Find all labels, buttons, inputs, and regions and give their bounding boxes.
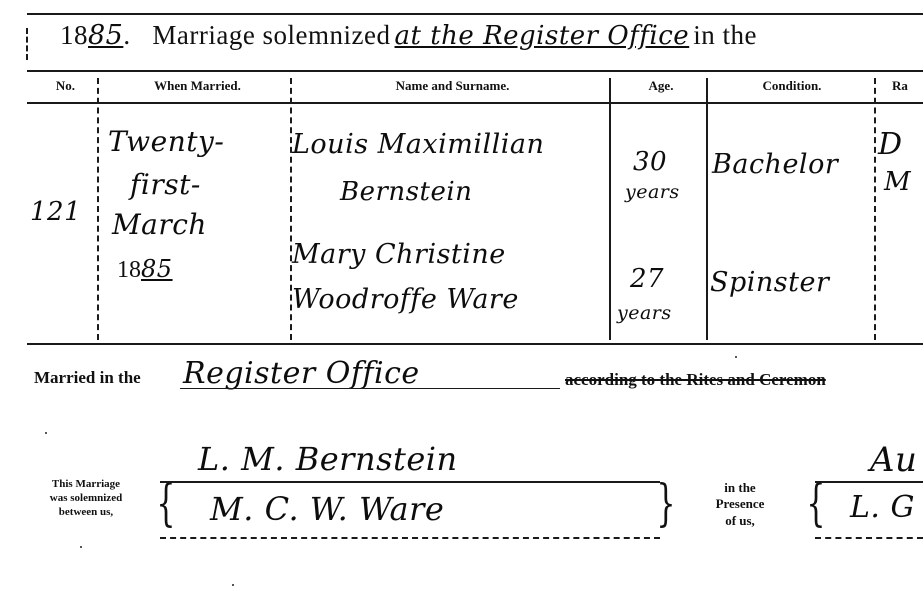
groom-condition: Bachelor (712, 150, 838, 180)
column-header-condition: Condition. (712, 78, 872, 94)
groom-signature-line (160, 481, 660, 483)
solemnized-between-label: This Marriage was solemnized between us, (24, 478, 148, 519)
groom-name-line1: Louis Maximillian (292, 130, 544, 160)
when-married-line3: March (112, 210, 207, 241)
struck-rites-text: according to the Rites and Ceremon (565, 370, 826, 390)
column-divider-3 (609, 78, 612, 340)
when-married-year-prefix: 18 (117, 257, 141, 283)
column-header-no: No. (38, 78, 93, 94)
year-suffix: . (123, 20, 130, 50)
bride-name-line2: Woodroffe Ware (292, 285, 519, 315)
left-margin-line (26, 28, 29, 60)
column-header-age: Age. (612, 78, 710, 94)
title-printed: Marriage solemnized (152, 20, 390, 50)
married-in-label: Married in the (34, 368, 141, 388)
scan-speck (735, 356, 737, 358)
entry-number: 121 (30, 198, 81, 227)
groom-signature: L. M. Bernstein (198, 440, 458, 478)
groom-name-line2: Bernstein (340, 178, 472, 207)
scan-speck (232, 584, 234, 586)
year-prefix: 18 (60, 20, 88, 50)
witness2-signature-line (815, 537, 923, 539)
when-married-year: 1885 (117, 256, 173, 283)
register-title: 1885. Marriage solemnizedat the Register… (60, 20, 757, 51)
solemnized-label-line2: was solemnized (24, 492, 148, 506)
title-place-handwritten: at the Register Office (391, 21, 694, 51)
column-divider-5 (874, 78, 877, 340)
when-married-line1: Twenty- (108, 127, 224, 158)
column-header-underline (27, 102, 923, 104)
column-divider-1 (97, 78, 100, 340)
top-border-line (27, 13, 923, 15)
presence-label-line3: of us, (690, 513, 790, 529)
bride-name-line1: Mary Christine (292, 240, 506, 270)
column-header-rank: Ra (892, 78, 923, 94)
witness2-signature-partial: L. G (850, 490, 915, 525)
married-in-place: Register Office (183, 356, 420, 391)
presence-label-line2: Presence (690, 496, 790, 512)
entry-bottom-line (27, 343, 923, 345)
when-married-year-hand: 85 (141, 255, 173, 283)
left-brace-open: { (156, 478, 175, 528)
solemnized-label-line1: This Marriage (24, 478, 148, 492)
year-handwritten: 85 (88, 20, 123, 51)
title-continuation: in the (693, 20, 757, 50)
scan-speck (45, 432, 47, 434)
married-in-underline (180, 388, 560, 389)
column-header-name: Name and Surname. (295, 78, 610, 94)
bride-condition: Spinster (710, 268, 829, 298)
bride-signature-line (160, 537, 660, 539)
groom-rank-partial-1: D (878, 128, 903, 161)
left-brace-close: } (656, 478, 675, 528)
title-underline (27, 70, 923, 72)
solemnized-label-line3: between us, (24, 506, 148, 520)
groom-age-unit: years (625, 182, 680, 203)
column-divider-4 (706, 78, 709, 340)
right-brace-open: { (806, 478, 825, 528)
bride-age: 27 (630, 265, 664, 294)
presence-label: in the Presence of us, (690, 480, 790, 529)
groom-rank-partial-2: M (884, 168, 911, 197)
presence-label-line1: in the (690, 480, 790, 496)
bride-signature: M. C. W. Ware (210, 490, 444, 528)
groom-age: 30 (633, 148, 667, 177)
witness1-signature-line (815, 481, 923, 483)
column-header-when-married: When Married. (105, 78, 290, 94)
bride-age-unit: years (617, 303, 672, 324)
witness1-signature-partial: Au (870, 440, 917, 480)
scan-speck (80, 546, 82, 548)
when-married-line2: first- (130, 170, 201, 201)
